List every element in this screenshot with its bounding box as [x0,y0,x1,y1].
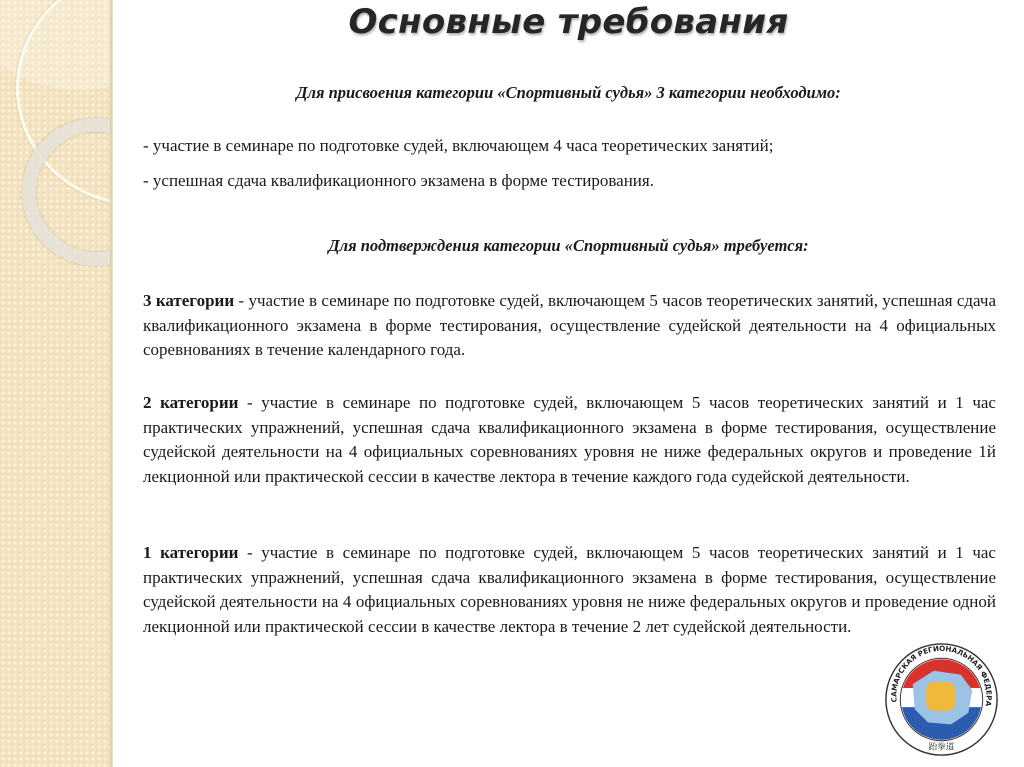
category-text: - участие в семинаре по подготовке судей… [143,393,996,486]
svg-text:跆拳道: 跆拳道 [929,740,955,752]
category-text: - участие в семинаре по подготовке судей… [143,291,996,359]
category-1-paragraph: 1 категории - участие в семинаре по подг… [143,541,996,639]
category-3-paragraph: 3 категории - участие в семинаре по подг… [143,289,996,363]
slide-title: Основные требования [113,2,1024,42]
federation-logo-icon: САМАРСКАЯ РЕГИОНАЛЬНАЯ ФЕДЕРАЦИЯ ТХЭКВОН… [884,642,999,757]
category-label: 2 категории [143,393,238,412]
assign-heading: Для присвоения категории «Спортивный суд… [113,83,1024,103]
confirm-heading: Для подтверждения категории «Спортивный … [113,236,1024,256]
assign-item: - участие в семинаре по подготовке судей… [143,136,773,156]
sidebar-edge [110,0,113,767]
decorative-sidebar [0,0,110,767]
assign-item: - успешная сдача квалификационного экзам… [143,171,654,191]
category-text: - участие в семинаре по подготовке судей… [143,543,996,636]
category-2-paragraph: 2 категории - участие в семинаре по подг… [143,391,996,489]
category-label: 1 категории [143,543,238,562]
category-label: 3 категории [143,291,234,310]
